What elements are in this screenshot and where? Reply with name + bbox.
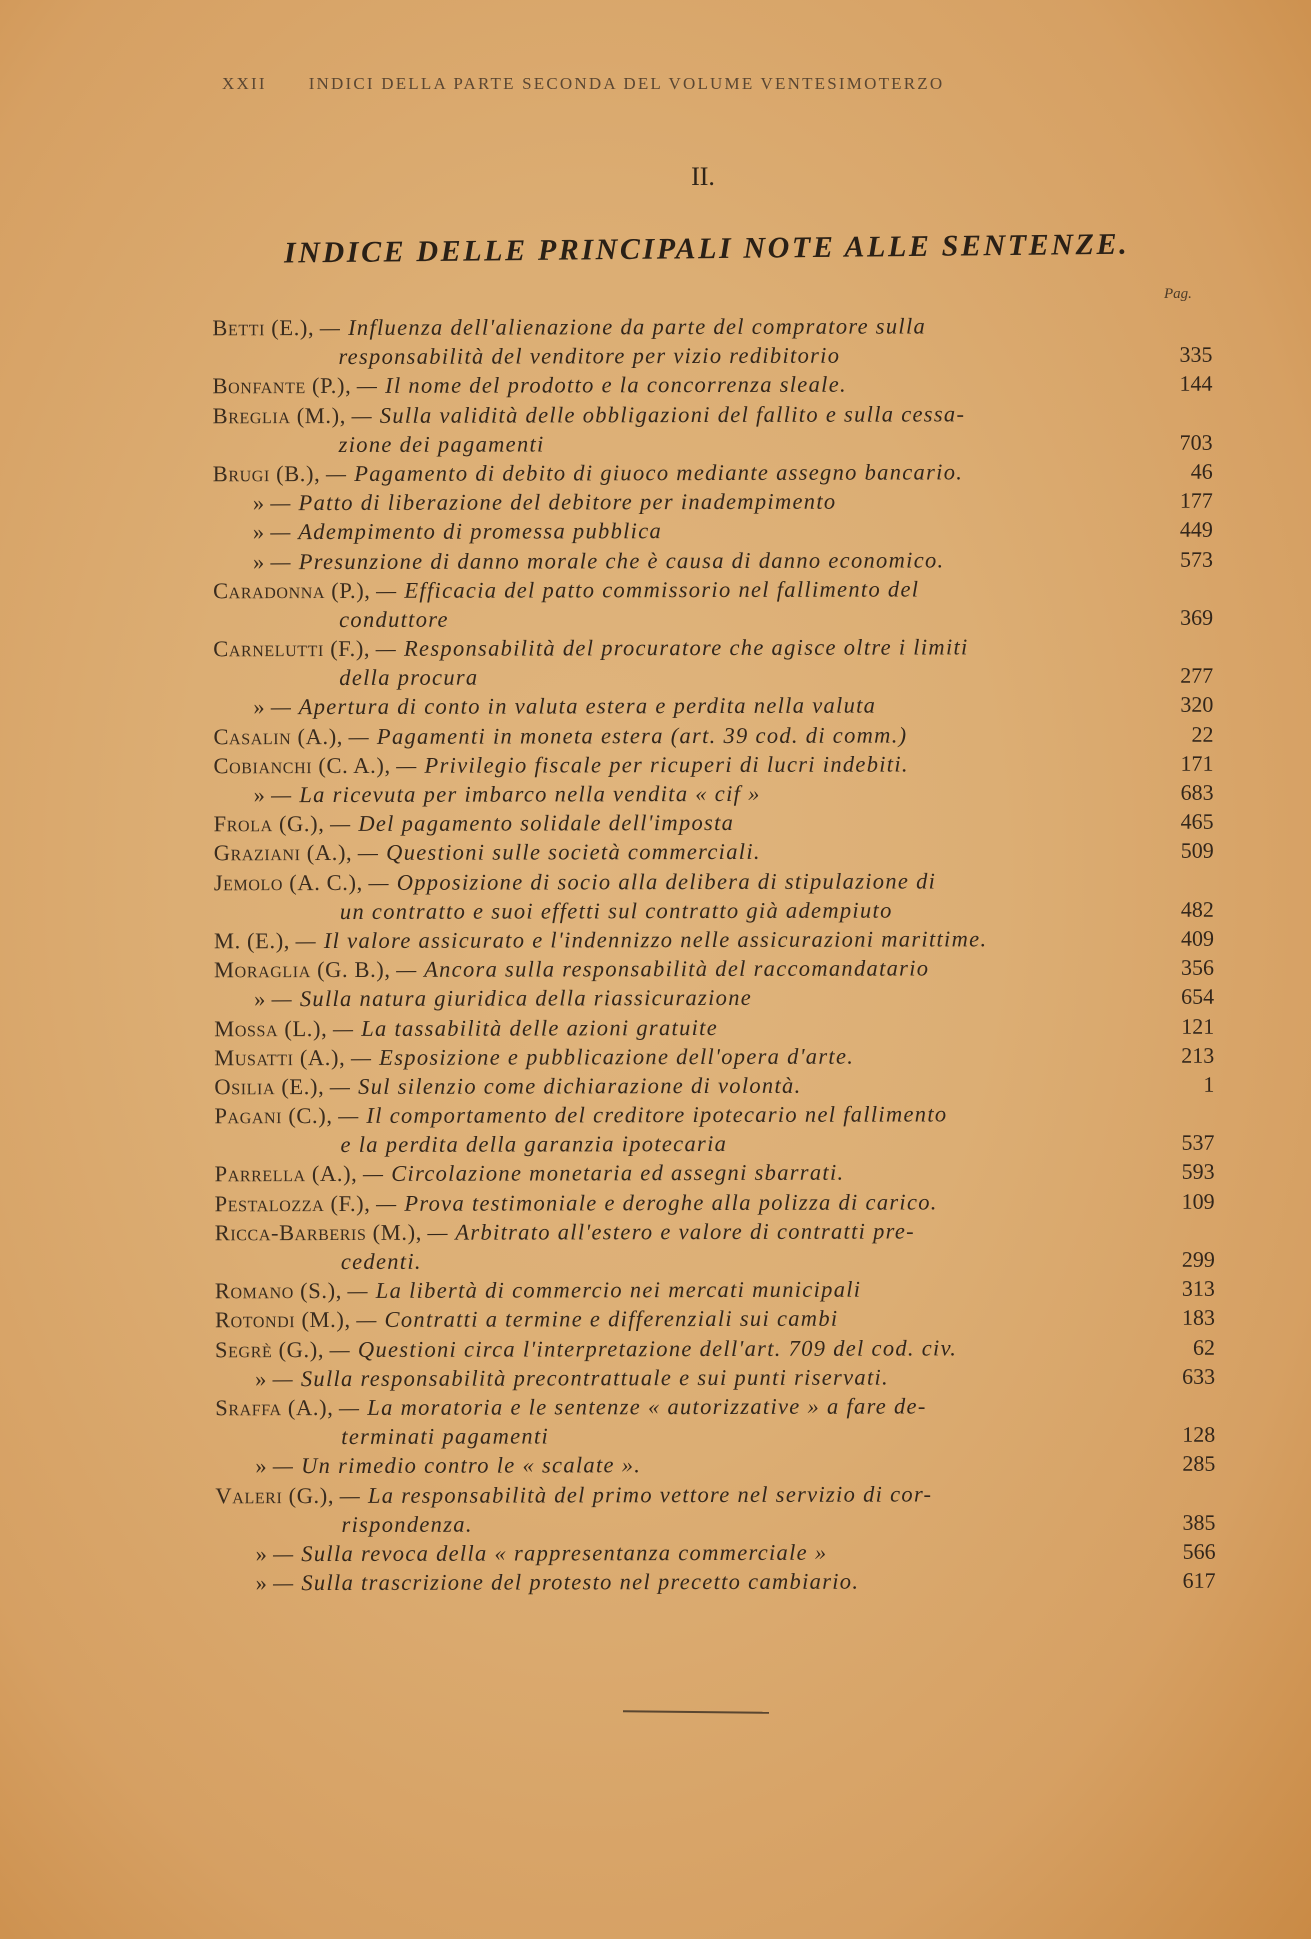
entry-author: Jemolo (A. C.),: [214, 869, 363, 894]
entry-title: — Circolazione monetaria ed assegni sbar…: [363, 1160, 844, 1186]
entry-title: — Sulla revoca della « rappresentanza co…: [273, 1540, 827, 1566]
entry-title: zione dei pagamenti: [339, 431, 545, 457]
entry-author: M. (E.),: [214, 928, 290, 953]
entry-title: — Ancora sulla responsabilità del raccom…: [396, 956, 929, 982]
entry-title: della procura: [339, 665, 478, 690]
entry-title: — Influenza dell'alienazione da parte de…: [320, 313, 926, 340]
index-entry: Jemolo (A. C.), — Opposizione di socio a…: [214, 865, 1214, 897]
index-entry: Breglia (M.), — Sulla validità delle obb…: [213, 398, 1213, 430]
index-entry: Musatti (A.), — Esposizione e pubblicazi…: [214, 1040, 1214, 1072]
entry-title: — Il nome del prodotto e la concorrenza …: [357, 372, 847, 398]
index-entry: » — Patto di liberazione del debitore pe…: [213, 486, 1213, 518]
ditto-mark: »: [216, 1570, 268, 1595]
entry-page-number: 385: [1135, 1507, 1215, 1536]
index-entry: Carnelutti (F.), — Responsabilità del pr…: [213, 632, 1213, 664]
entry-title: responsabilità del venditore per vizio r…: [338, 343, 840, 369]
entry-title: rispondenza.: [341, 1511, 472, 1536]
entry-author: Mossa (L.),: [214, 1016, 327, 1041]
entry-title: — Sulla responsabilità precontrattuale e…: [273, 1364, 889, 1391]
entry-page-number: 121: [1134, 1011, 1214, 1040]
entry-author: Breglia (M.),: [213, 403, 346, 428]
index-entry: Osilia (E.), — Sul silenzio come dichiar…: [214, 1070, 1214, 1102]
index-entry: » — Presunzione di danno morale che è ca…: [213, 544, 1213, 576]
page-column-label: Pag.: [1164, 286, 1192, 303]
entry-title: — Del pagamento solidale dell'imposta: [330, 810, 734, 836]
entry-page-number: 566: [1136, 1537, 1216, 1566]
entry-title: — Responsabilità del procuratore che agi…: [376, 634, 969, 661]
entry-author: Brugi (B.),: [213, 461, 321, 486]
ditto-mark: »: [214, 782, 266, 807]
entry-title: e la perdita della garanzia ipotecaria: [340, 1131, 727, 1157]
index-entry: » — La ricevuta per imbarco nella vendit…: [214, 778, 1214, 810]
index-entry-continuation: e la perdita della garanzia ipotecaria53…: [214, 1128, 1214, 1160]
index-entry: Cobianchi (C. A.), — Privilegio fiscale …: [213, 749, 1213, 781]
entry-page-number: 62: [1135, 1332, 1215, 1361]
index-entry: Pestalozza (F.), — Prova testimoniale e …: [215, 1186, 1215, 1218]
index-entry-continuation: rispondenza.385: [215, 1507, 1215, 1539]
entry-title: — Pagamento di debito di giuoco mediante…: [326, 459, 963, 486]
entry-page-number: 285: [1135, 1449, 1215, 1478]
index-entry: » — Sulla trascrizione del protesto nel …: [216, 1566, 1216, 1598]
entry-title: — La libertà di commercio nei mercati mu…: [348, 1277, 862, 1303]
entry-title: — Opposizione di socio alla delibera di …: [368, 868, 936, 894]
entry-author: Sraffa (A.),: [215, 1395, 333, 1420]
entry-title: — Questioni sulle società commerciali.: [358, 839, 761, 865]
entry-page-number: 299: [1135, 1245, 1215, 1274]
entry-author: Bonfante (P.),: [212, 373, 351, 398]
entry-page-number: 22: [1133, 719, 1213, 748]
entry-page-number: 465: [1134, 807, 1214, 836]
entry-page-number: 617: [1136, 1566, 1216, 1595]
index-entry: Parrella (A.), — Circolazione monetaria …: [215, 1157, 1215, 1189]
index-entry: » — Un rimedio contro le « scalate ».285: [215, 1449, 1215, 1481]
ditto-mark: »: [213, 490, 265, 515]
entry-title: — Sulla validità delle obbligazioni del …: [352, 401, 966, 428]
entry-title: — Il valore assicurato e l'indennizzo ne…: [296, 926, 988, 953]
entry-title: — Sulla trascrizione del protesto nel pr…: [273, 1569, 859, 1596]
entry-author: Ricca-Barberis (M.),: [215, 1220, 422, 1246]
ditto-mark: »: [215, 1366, 267, 1391]
running-head: XXII INDICI DELLA PARTE SECONDA DEL VOLU…: [222, 74, 1072, 94]
index-entry-continuation: un contratto e suoi effetti sul contratt…: [214, 894, 1214, 926]
entry-title: — La ricevuta per imbarco nella vendita …: [271, 781, 761, 807]
entry-page-number: 369: [1133, 603, 1213, 632]
entry-page-number: 509: [1134, 836, 1214, 865]
entry-page-number: 593: [1135, 1157, 1215, 1186]
index-entry: » — Apertura di conto in valuta estera e…: [213, 690, 1213, 722]
index-entry-continuation: della procura277: [213, 661, 1213, 693]
entry-title: — Questioni circa l'interpretazione dell…: [330, 1335, 958, 1362]
entry-author: Valeri (G.),: [215, 1482, 334, 1507]
entry-page-number: 356: [1134, 953, 1214, 982]
index-entry: Mossa (L.), — La tassabilità delle azion…: [214, 1011, 1214, 1043]
index-entry: Caradonna (P.), — Efficacia del patto co…: [213, 573, 1213, 605]
index-entry: Segrè (G.), — Questioni circa l'interpre…: [215, 1332, 1215, 1364]
entry-title: cedenti.: [341, 1249, 422, 1274]
closing-rule: [623, 1710, 769, 1714]
index-entry-continuation: terminati pagamenti128: [215, 1420, 1215, 1452]
entry-title: — Apertura di conto in valuta estera e p…: [271, 693, 876, 720]
index-entry: Valeri (G.), — La responsabilità del pri…: [215, 1478, 1215, 1510]
index-entry: Pagani (C.), — Il comportamento del cred…: [214, 1099, 1214, 1131]
index-list: Betti (E.), — Influenza dell'alienazione…: [212, 311, 1215, 1598]
running-head-text: INDICI DELLA PARTE SECONDA DEL VOLUME VE…: [309, 74, 945, 94]
index-entry-continuation: responsabilità del venditore per vizio r…: [212, 340, 1212, 372]
entry-page-number: 213: [1134, 1040, 1214, 1069]
entry-page-number: 177: [1133, 486, 1213, 515]
index-entry: Frola (G.), — Del pagamento solidale del…: [214, 807, 1214, 839]
entry-page-number: 335: [1132, 340, 1212, 369]
entry-page-number: 703: [1133, 427, 1213, 456]
entry-author: Frola (G.),: [214, 811, 325, 836]
entry-title: — Sul silenzio come dichiarazione di vol…: [330, 1073, 802, 1099]
entry-author: Casalin (A.),: [213, 724, 343, 749]
index-entry: » — Sulla responsabilità precontrattuale…: [215, 1361, 1215, 1393]
entry-page-number: 277: [1133, 661, 1213, 690]
index-entry: Casalin (A.), — Pagamenti in moneta este…: [213, 719, 1213, 751]
entry-author: Musatti (A.),: [214, 1045, 345, 1070]
ditto-mark: »: [213, 549, 265, 574]
entry-title: — Arbitrato all'estero e valore di contr…: [427, 1218, 915, 1244]
ditto-mark: »: [213, 519, 265, 544]
entry-title: — Il comportamento del creditore ipoteca…: [338, 1101, 947, 1128]
index-entry-continuation: conduttore369: [213, 603, 1213, 635]
entry-page-number: 171: [1133, 749, 1213, 778]
entry-author: Romano (S.),: [215, 1278, 342, 1303]
index-entry: Sraffa (A.), — La moratoria e le sentenz…: [215, 1391, 1215, 1423]
entry-page-number: 183: [1135, 1303, 1215, 1332]
entry-author: Cobianchi (C. A.),: [213, 753, 390, 778]
index-entry: Betti (E.), — Influenza dell'alienazione…: [212, 311, 1212, 343]
ditto-mark: »: [214, 986, 266, 1011]
entry-page-number: 313: [1135, 1274, 1215, 1303]
entry-page-number: 654: [1134, 982, 1214, 1011]
entry-title: — Privilegio fiscale per ricuperi di luc…: [396, 751, 909, 777]
entry-title: — Efficacia del patto commissorio nel fa…: [376, 576, 919, 602]
entry-author: Parrella (A.),: [215, 1161, 358, 1186]
index-entry: Romano (S.), — La libertà di commercio n…: [215, 1274, 1215, 1306]
entry-page-number: 537: [1134, 1128, 1214, 1157]
index-entry-continuation: zione dei pagamenti703: [213, 427, 1213, 459]
entry-title: — La tassabilità delle azioni gratuite: [333, 1014, 718, 1040]
entry-page-number: 449: [1133, 515, 1213, 544]
entry-title: — Contratti a termine e differenziali su…: [356, 1306, 838, 1332]
entry-page-number: 46: [1133, 457, 1213, 486]
entry-title: — Sulla natura giuridica della riassicur…: [272, 985, 753, 1011]
section-number: II.: [0, 162, 1311, 192]
entry-title: — Patto di liberazione del debitore per …: [270, 489, 836, 515]
entry-title: terminati pagamenti: [341, 1424, 549, 1450]
entry-author: Segrè (G.),: [215, 1337, 324, 1362]
entry-author: Caradonna (P.),: [213, 578, 371, 603]
entry-page-number: 128: [1135, 1420, 1215, 1449]
entry-author: Pestalozza (F.),: [215, 1191, 371, 1216]
index-entry: » — Sulla revoca della « rappresentanza …: [216, 1537, 1216, 1569]
page-title: INDICE DELLE PRINCIPALI NOTE ALLE SENTEN…: [284, 227, 1154, 270]
entry-title: — Presunzione di danno morale che è caus…: [270, 547, 944, 574]
index-entry: M. (E.), — Il valore assicurato e l'inde…: [214, 924, 1214, 956]
entry-page-number: 1: [1134, 1070, 1214, 1099]
entry-author: Moraglia (G. B.),: [214, 957, 391, 982]
entry-page-number: 633: [1135, 1361, 1215, 1390]
entry-author: Graziani (A.),: [214, 840, 353, 865]
entry-page-number: 482: [1134, 894, 1214, 923]
entry-title: — Adempimento di promessa pubblica: [270, 518, 662, 544]
entry-title: — Pagamenti in moneta estera (art. 39 co…: [349, 722, 908, 748]
index-entry: Rotondi (M.), — Contratti a termine e di…: [215, 1303, 1215, 1335]
entry-page-number: 109: [1135, 1186, 1215, 1215]
index-entry: » — Adempimento di promessa pubblica449: [213, 515, 1213, 547]
entry-title: — La moratoria e le sentenze « autorizza…: [339, 1393, 927, 1420]
ditto-mark: »: [216, 1541, 268, 1566]
index-entry: Ricca-Barberis (M.), — Arbitrato all'est…: [215, 1216, 1215, 1248]
entry-title: — Un rimedio contro le « scalate ».: [273, 1453, 641, 1479]
index-entry-continuation: cedenti.299: [215, 1245, 1215, 1277]
page-number-roman: XXII: [222, 74, 267, 94]
entry-author: Carnelutti (F.),: [213, 636, 370, 661]
entry-page-number: 683: [1134, 778, 1214, 807]
ditto-mark: »: [215, 1453, 267, 1478]
index-entry: Bonfante (P.), — Il nome del prodotto e …: [212, 369, 1212, 401]
entry-title: conduttore: [339, 607, 449, 632]
entry-title: — Prova testimoniale e deroghe alla poli…: [376, 1189, 938, 1215]
entry-page-number: 409: [1134, 924, 1214, 953]
entry-author: Rotondi (M.),: [215, 1307, 351, 1332]
entry-page-number: 320: [1133, 690, 1213, 719]
index-entry: Moraglia (G. B.), — Ancora sulla respons…: [214, 953, 1214, 985]
entry-title: — La responsabilità del primo vettore ne…: [340, 1481, 933, 1508]
entry-author: Betti (E.),: [212, 315, 314, 340]
entry-author: Pagani (C.),: [214, 1103, 332, 1128]
entry-title: un contratto e suoi effetti sul contratt…: [340, 897, 893, 923]
index-entry: Graziani (A.), — Questioni sulle società…: [214, 836, 1214, 868]
entry-page-number: 144: [1132, 369, 1212, 398]
entry-page-number: 573: [1133, 544, 1213, 573]
entry-author: Osilia (E.),: [214, 1074, 324, 1099]
index-entry: » — Sulla natura giuridica della riassic…: [214, 982, 1214, 1014]
ditto-mark: »: [213, 695, 265, 720]
index-entry: Brugi (B.), — Pagamento di debito di giu…: [213, 457, 1213, 489]
entry-title: — Esposizione e pubblicazione dell'opera…: [351, 1043, 854, 1069]
